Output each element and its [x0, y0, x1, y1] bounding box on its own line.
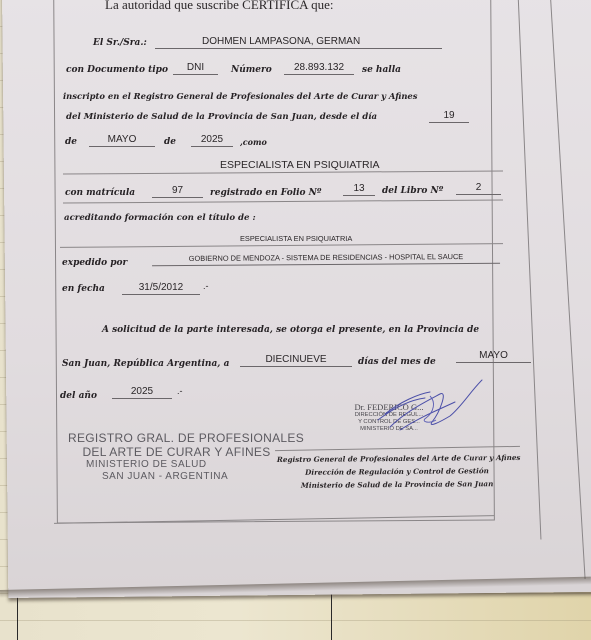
label-on-date-end: .-	[203, 281, 209, 291]
label-as: ,como	[240, 137, 267, 147]
label-book: del Libro Nº	[382, 186, 443, 196]
title-value: ESPECIALISTA EN PSIQUIATRIA	[240, 234, 352, 243]
label-license: con matrícula	[65, 188, 135, 198]
specialty-value: ESPECIALISTA EN PSIQUIATRIA	[220, 159, 380, 171]
registry-stamp-line: MINISTERIO DE SALUD	[68, 459, 273, 471]
field-since-year: 2025	[191, 134, 233, 147]
field-license-number: 97	[152, 185, 203, 198]
registry-stamp-line: DEL ARTE DE CURAR Y AFINES	[68, 445, 273, 459]
field-folio-number: 13	[343, 183, 375, 196]
label-on-date: en fecha	[62, 284, 105, 294]
label-number: Número	[231, 65, 272, 75]
field-since-day: 19	[429, 110, 469, 123]
label-doc-type: con Documento tipo	[66, 65, 168, 75]
label-person: El Sr./Sra.:	[93, 38, 147, 48]
label-days-of-month: días del mes de	[358, 357, 436, 367]
label-year-end: .-	[177, 386, 183, 396]
label-city: San Juan, República Argentina, a	[62, 359, 229, 369]
frame-border-line	[549, 0, 586, 579]
registry-stamp-line: REGISTRO GRAL. DE PROFESIONALES	[68, 431, 273, 445]
field-issued-year: 2025	[112, 386, 172, 399]
footer-line: Ministerio de Salud de la Provincia de S…	[277, 477, 517, 492]
footer-block: Registro General de Profesionales del Ar…	[277, 451, 517, 492]
field-issue-date: 31/5/2012	[122, 282, 200, 295]
label-request: A solicitud de la parte interesada, se o…	[102, 325, 479, 335]
field-book-number: 2	[456, 182, 501, 195]
label-registered: inscripto en el Registro General de Prof…	[63, 91, 417, 101]
label-accrediting: acreditando formación con el título de :	[64, 213, 256, 223]
certificate-content: La autoridad que suscribe CERTIFICA que:…	[0, 0, 591, 640]
label-folio: registrado en Folio Nº	[210, 188, 321, 198]
field-issuer: GOBIERNO DE MENDOZA - SISTEMA DE RESIDEN…	[152, 251, 500, 266]
label-issued-by: expedido por	[62, 258, 127, 268]
label-ministry: del Ministerio de Salud de la Provincia …	[66, 112, 377, 122]
label-found: se halla	[362, 65, 401, 75]
field-issued-day: DIECINUEVE	[240, 354, 352, 367]
field-since-month: MAYO	[89, 134, 155, 147]
field-doc-number: 28.893.132	[284, 62, 354, 75]
field-name: DOHMEN LAMPASONA, GERMAN	[155, 36, 442, 49]
field-doc-type: DNI	[173, 62, 218, 75]
field-issued-month: MAYO	[456, 350, 531, 363]
certificate-heading: La autoridad que suscribe CERTIFICA que:	[105, 0, 333, 13]
label-of: de	[65, 137, 77, 147]
registry-stamp: REGISTRO GRAL. DE PROFESIONALES DEL ARTE…	[68, 431, 273, 483]
label-of: de	[164, 137, 176, 147]
handwritten-signature	[370, 372, 490, 442]
registry-stamp-line: SAN JUAN - ARGENTINA	[68, 471, 273, 483]
label-of-year: del año	[60, 391, 97, 401]
